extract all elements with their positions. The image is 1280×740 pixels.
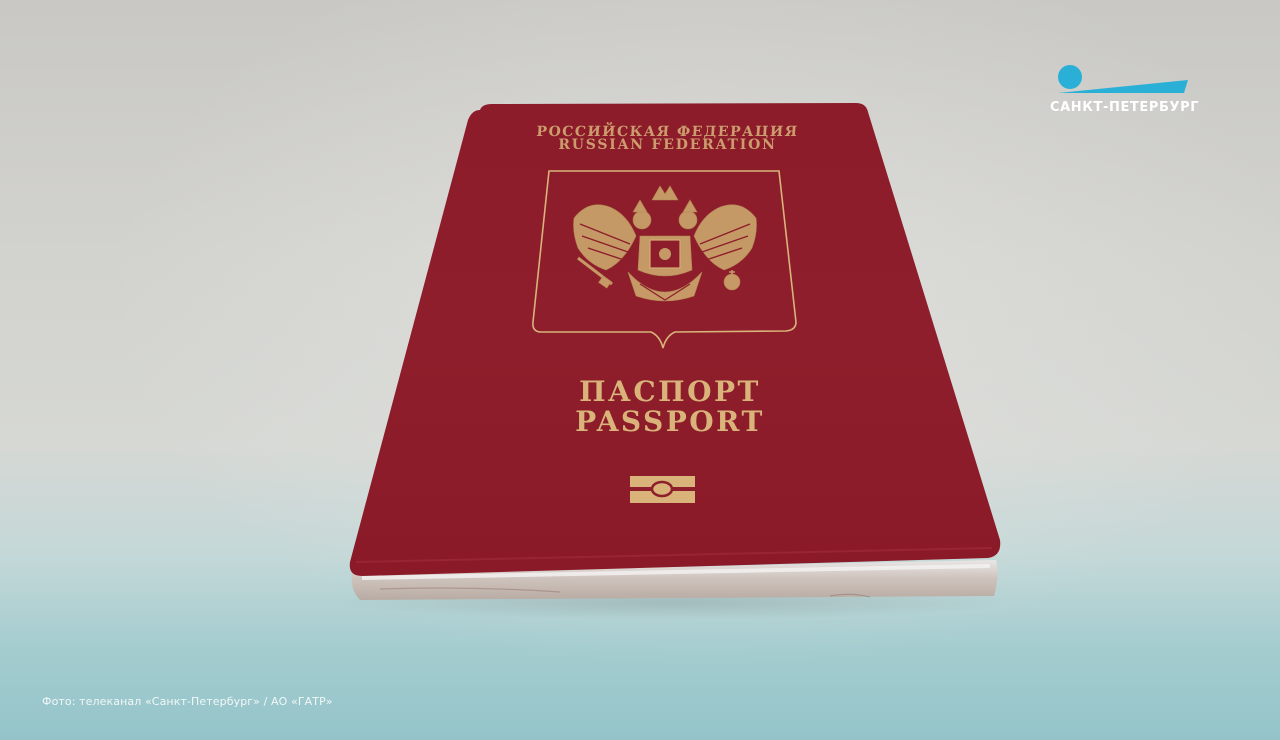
biometric-chip-icon bbox=[630, 476, 695, 503]
passport-cover bbox=[350, 103, 1001, 576]
cover-country-english: RUSSIAN FEDERATION bbox=[505, 137, 830, 153]
channel-logo-text: САНКТ-ПЕТЕРБУРГ bbox=[1050, 100, 1199, 115]
photo-credit: Фото: телеканал «Санкт-Петербург» / АО «… bbox=[42, 695, 333, 708]
cover-title-russian: ПАСПОРТ bbox=[520, 375, 820, 408]
cover-title-english: PASSPORT bbox=[520, 405, 820, 438]
